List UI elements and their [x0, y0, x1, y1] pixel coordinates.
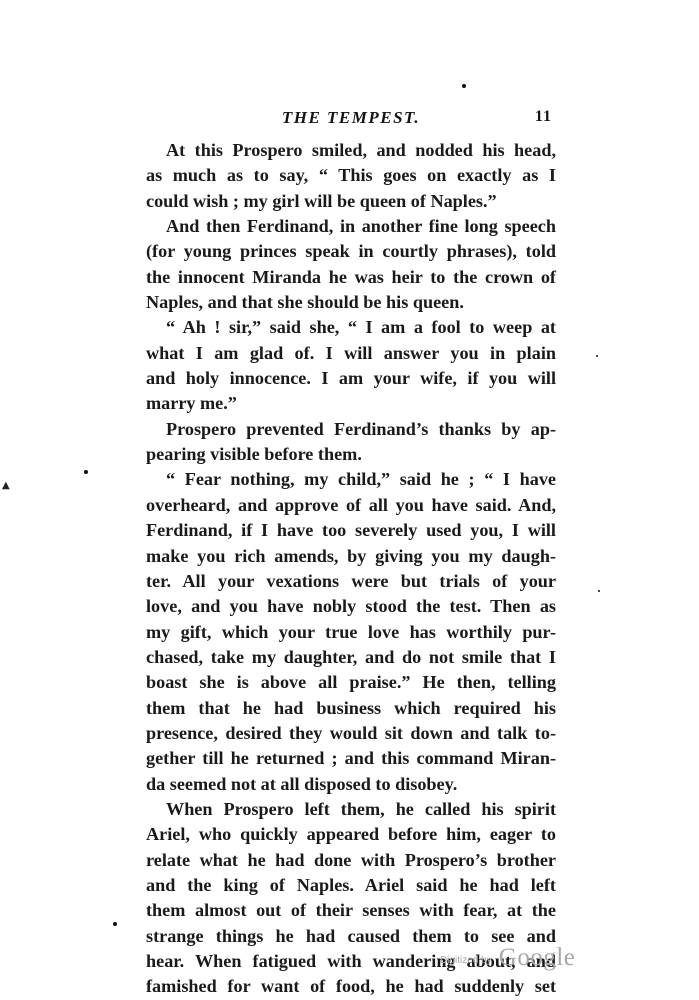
book-page: THE TEMPEST. 11 At this Prospero smiled,… — [0, 0, 699, 1000]
scan-speck — [462, 84, 466, 88]
text-line: and the king of Naples. Ariel said he ha… — [146, 873, 556, 898]
text-line: gether till he returned ; and this comma… — [146, 746, 556, 771]
scan-speck — [598, 590, 600, 592]
text-line: famished for want of food, he had sudden… — [146, 974, 556, 999]
text-line: could wish ; my girl will be queen of Na… — [146, 189, 556, 214]
text-line: da seemed not at all disposed to disobey… — [146, 772, 556, 797]
text-line: When Prospero left them, he called his s… — [146, 797, 556, 822]
watermark-prefix: Digitized by — [440, 955, 492, 966]
text-line: “ Ah ! sir,” said she, “ I am a fool to … — [146, 315, 556, 340]
text-line: my gift, which your true love has worthi… — [146, 620, 556, 645]
text-line: marry me.” — [146, 391, 556, 416]
text-line: “ Fear nothing, my child,” said he ; “ I… — [146, 467, 556, 492]
text-line: them that he had business which required… — [146, 696, 556, 721]
text-line: chased, take my daughter, and do not smi… — [146, 645, 556, 670]
text-line: Ariel, who quickly appeared before him, … — [146, 822, 556, 847]
watermark-brand: Google — [499, 944, 576, 971]
text-line: them almost out of their senses with fea… — [146, 898, 556, 923]
text-line: presence, desired they would sit down an… — [146, 721, 556, 746]
text-line: as much as to say, “ This goes on exactl… — [146, 163, 556, 188]
scan-speck — [84, 470, 88, 474]
text-line: make you rich amends, by giving you my d… — [146, 544, 556, 569]
body-text: At this Prospero smiled, and nodded his … — [146, 138, 556, 1000]
text-line: what I am glad of. I will answer you in … — [146, 341, 556, 366]
scan-speck — [596, 355, 598, 357]
text-line: At this Prospero smiled, and nodded his … — [146, 138, 556, 163]
page-number: 11 — [535, 108, 552, 126]
scan-mark: ▲ — [2, 480, 10, 491]
running-head: THE TEMPEST. 11 — [146, 106, 556, 130]
text-line: Naples, and that she should be his queen… — [146, 290, 556, 315]
text-line: Prospero prevented Ferdinand’s thanks by… — [146, 417, 556, 442]
text-line: ter. All your vexations were but trials … — [146, 569, 556, 594]
text-line: and holy innocence. I am your wife, if y… — [146, 366, 556, 391]
text-line: pearing visible before them. — [146, 442, 556, 467]
running-title: THE TEMPEST. — [146, 108, 556, 128]
text-line: the innocent Miranda he was heir to the … — [146, 265, 556, 290]
text-line: love, and you have nobly stood the test.… — [146, 594, 556, 619]
text-line: And then Ferdinand, in another fine long… — [146, 214, 556, 239]
text-line: Ferdinand, if I have too severely used y… — [146, 518, 556, 543]
text-line: (for young princes speak in courtly phra… — [146, 239, 556, 264]
digitized-watermark: Digitized by Google — [440, 944, 575, 972]
text-line: relate what he had done with Prospero’s … — [146, 848, 556, 873]
text-line: boast she is above all praise.” He then,… — [146, 670, 556, 695]
text-line: overheard, and approve of all you have s… — [146, 493, 556, 518]
scan-speck — [113, 922, 117, 926]
